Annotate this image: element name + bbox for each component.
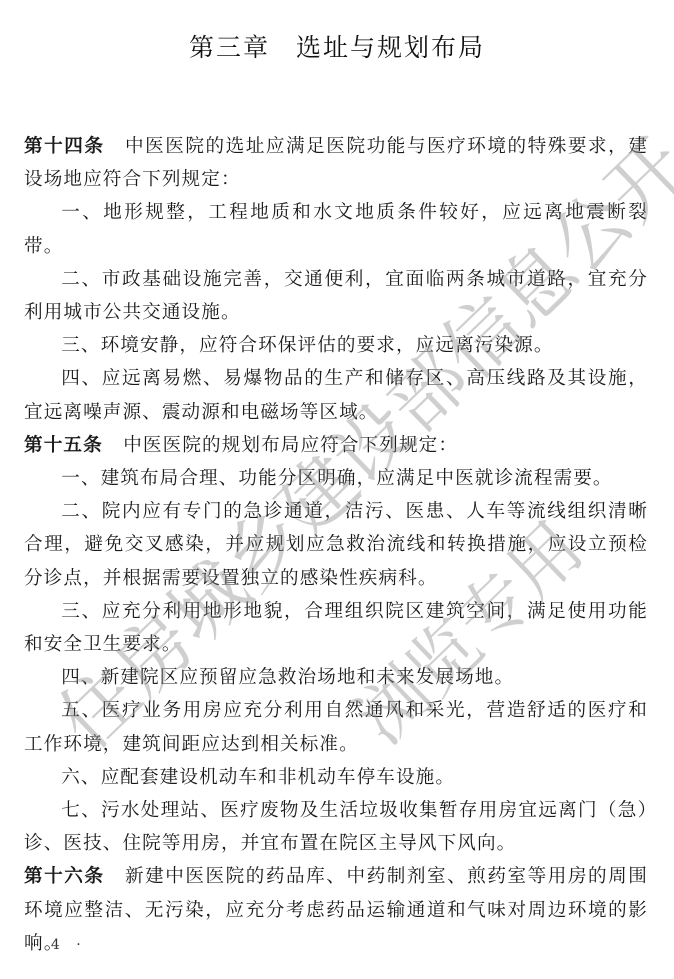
article-14-item-2: 二、市政基础设施完善，交通便利，宜面临两条城市道路，宜充分利用城市公共交通设施。 bbox=[24, 263, 648, 329]
article-15-item-3: 三、应充分利用地形地貌，合理组织院区建筑空间，满足使用功能和安全卫生要求。 bbox=[24, 595, 648, 661]
article-text: 中医医院的规划布局应符合下列规定： bbox=[123, 435, 458, 456]
article-text: 新建中医医院的药品库、中药制剂室、煎药室等用房的周围环境应整洁、无污染，应充分考… bbox=[24, 866, 648, 953]
article-15-item-7: 七、污水处理站、医疗废物及生活垃圾收集暂存用房宜远离门（急）诊、医技、住院等用房… bbox=[24, 794, 648, 860]
document-page: 第三章选址与规划布局 第十四条中医医院的选址应满足医院功能与医疗环境的特殊要求，… bbox=[0, 0, 674, 979]
article-14-item-1: 一、地形规整，工程地质和水文地质条件较好，应远离地震断裂带。 bbox=[24, 196, 648, 262]
article-number: 第十四条 bbox=[24, 136, 105, 157]
article-14: 第十四条中医医院的选址应满足医院功能与医疗环境的特殊要求，建设场地应符合下列规定… bbox=[24, 130, 648, 196]
chapter-title: 第三章选址与规划布局 bbox=[0, 28, 674, 64]
article-number: 第十六条 bbox=[24, 866, 105, 887]
chapter-name: 选址与规划布局 bbox=[296, 33, 485, 62]
article-15-item-1: 一、建筑布局合理、功能分区明确，应满足中医就诊流程需要。 bbox=[24, 462, 648, 495]
page-number: · 4 · bbox=[30, 937, 87, 953]
article-15-item-5: 五、医疗业务用房应充分利用自然通风和采光，营造舒适的医疗和工作环境，建筑间距应达… bbox=[24, 694, 648, 760]
article-number: 第十五条 bbox=[24, 435, 103, 456]
article-14-item-4: 四、应远离易燃、易爆物品的生产和储存区、高压线路及其设施，宜远离噪声源、震动源和… bbox=[24, 362, 648, 428]
article-14-item-3: 三、环境安静，应符合环保评估的要求，应远离污染源。 bbox=[24, 329, 648, 362]
document-body: 第十四条中医医院的选址应满足医院功能与医疗环境的特殊要求，建设场地应符合下列规定… bbox=[24, 130, 648, 960]
article-15-item-2: 二、院内应有专门的急诊通道，洁污、医患、人车等流线组织清晰合理，避免交叉感染，并… bbox=[24, 495, 648, 595]
article-16: 第十六条新建中医医院的药品库、中药制剂室、煎药室等用房的周围环境应整洁、无污染，… bbox=[24, 860, 648, 960]
chapter-number: 第三章 bbox=[189, 33, 270, 62]
article-15: 第十五条中医医院的规划布局应符合下列规定： bbox=[24, 429, 648, 462]
article-15-item-6: 六、应配套建设机动车和非机动车停车设施。 bbox=[24, 761, 648, 794]
article-text: 中医医院的选址应满足医院功能与医疗环境的特殊要求，建设场地应符合下列规定： bbox=[24, 136, 648, 190]
article-15-item-4: 四、新建院区应预留应急救治场地和未来发展场地。 bbox=[24, 661, 648, 694]
